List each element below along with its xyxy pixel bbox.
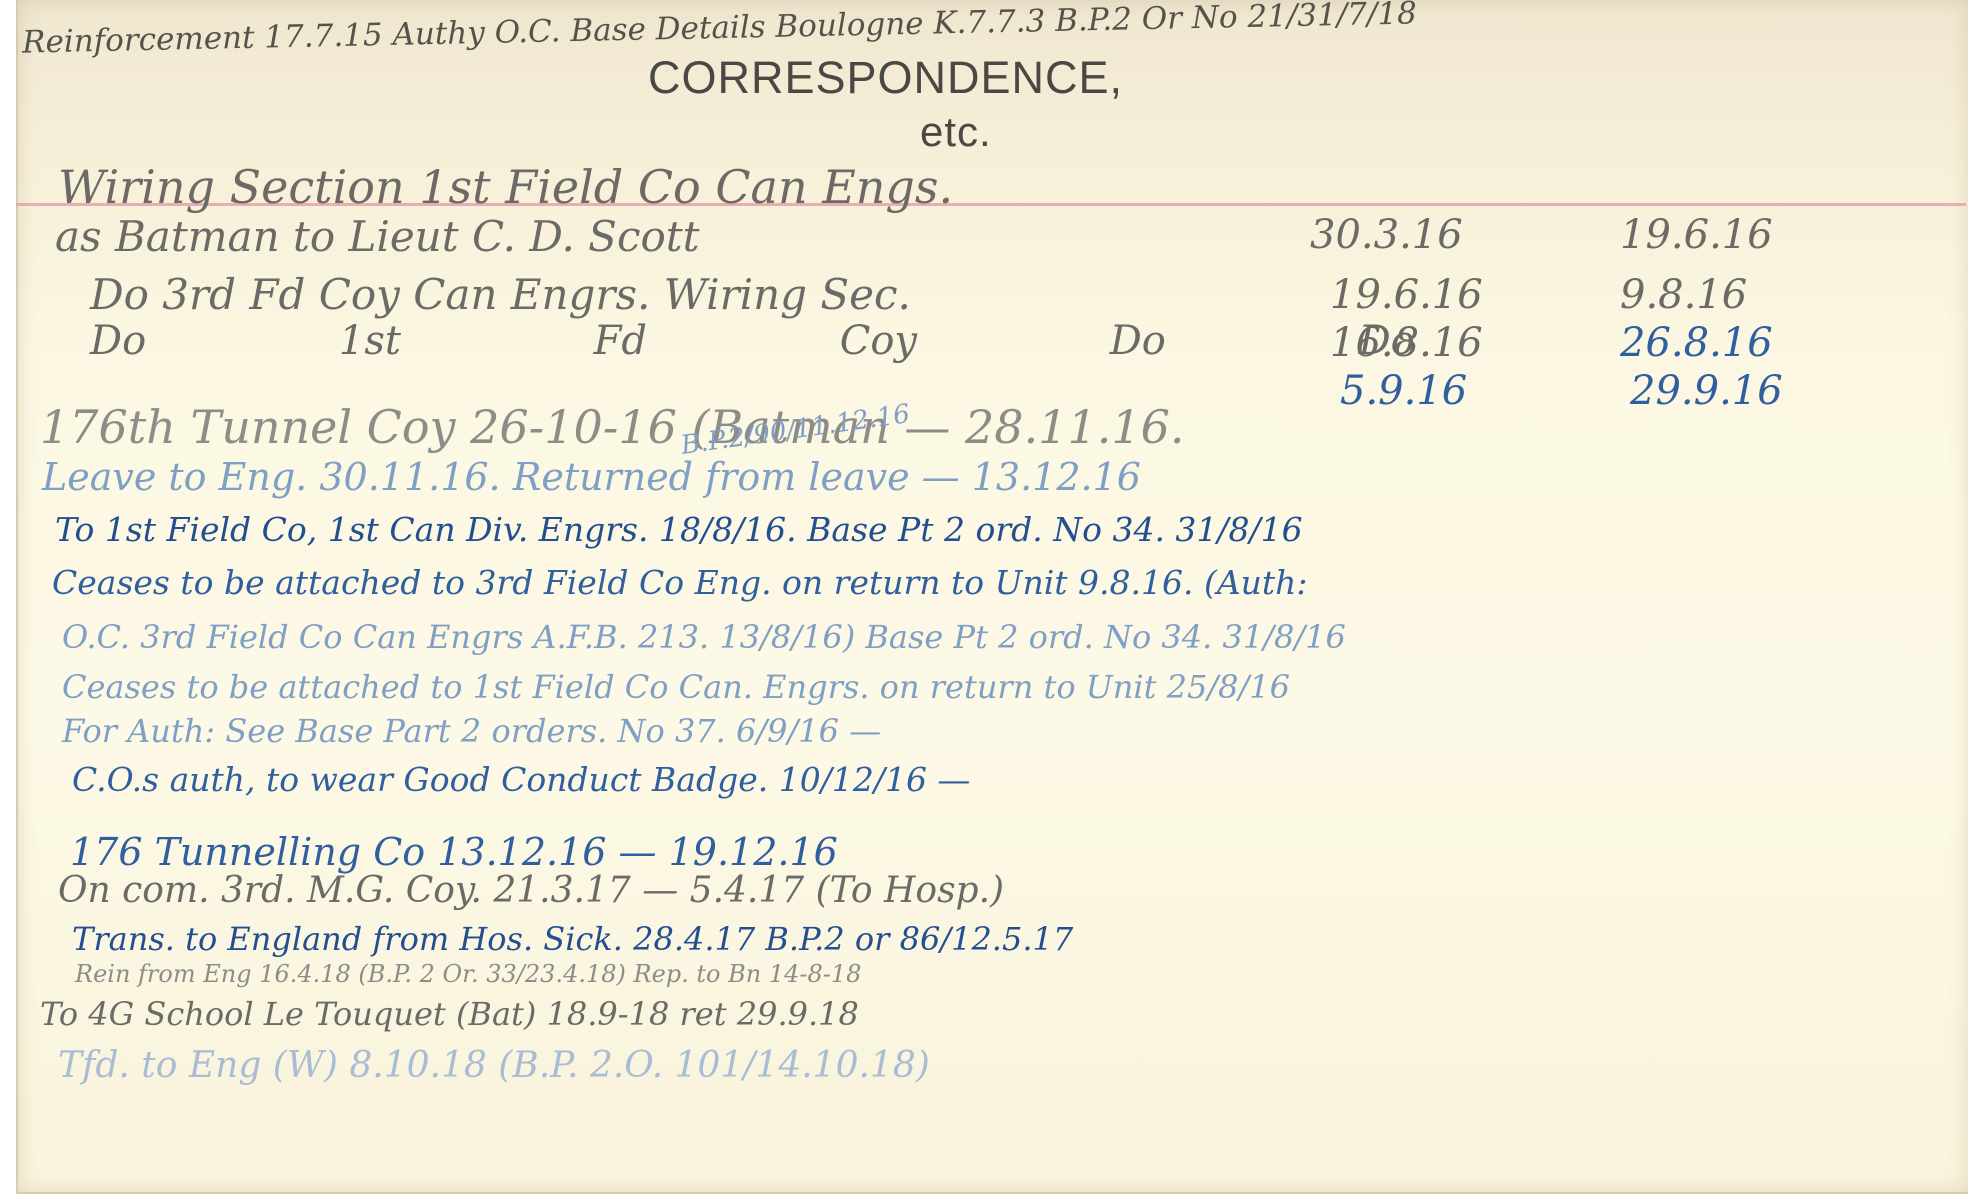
entry-3rd-fd-coy: Do 3rd Fd Coy Can Engrs. Wiring Sec.	[90, 270, 911, 319]
entry-ceases-1st: Ceases to be attached to 1st Field Co Ca…	[62, 668, 1290, 706]
entry-batman-from: 30.3.16	[1310, 212, 1463, 258]
unit-heading: Wiring Section 1st Field Co Can Engs.	[58, 160, 953, 214]
entry-ceases-3rd: Ceases to be attached to 3rd Field Co En…	[52, 563, 1308, 602]
entry-extra-to: 29.9.16	[1630, 368, 1783, 414]
printed-title: CORRESPONDENCE,	[648, 52, 1123, 104]
entry-batman: as Batman to Lieut C. D. Scott	[55, 212, 700, 261]
entry-1st-to: 26.8.16	[1620, 320, 1773, 366]
entry-batman-to: 19.6.16	[1620, 212, 1773, 258]
entry-1st-from: 16.8.16	[1330, 320, 1483, 366]
entry-3rd-from: 19.6.16	[1330, 272, 1483, 318]
entry-trans-england: Trans. to England from Hos. Sick. 28.4.1…	[72, 920, 1073, 958]
entry-tfd-to-eng: Tfd. to Eng (W) 8.10.18 (B.P. 2.O. 101/1…	[58, 1045, 930, 1086]
entry-on-command: On com. 3rd. M.G. Coy. 21.3.17 — 5.4.17 …	[58, 870, 1004, 911]
entry-extra-from: 5.9.16	[1340, 368, 1467, 414]
entry-to-1st-field: To 1st Field Co, 1st Can Div. Engrs. 18/…	[55, 510, 1303, 549]
entry-oc-3rd: O.C. 3rd Field Co Can Engrs A.F.B. 213. …	[62, 618, 1346, 656]
entry-school-le-touquet: To 4G School Le Touquet (Bat) 18.9-18 re…	[40, 995, 859, 1033]
entry-1st-fd-coy: Do 1st Fd Coy Do Do	[90, 318, 1415, 364]
entry-good-conduct-badge: C.O.s auth, to wear Good Conduct Badge. …	[72, 760, 970, 799]
entry-tunnelling-co: 176 Tunnelling Co 13.12.16 — 19.12.16	[70, 830, 838, 874]
entry-rein-from-eng: Rein from Eng 16.4.18 (B.P. 2 Or. 33/23.…	[75, 960, 861, 988]
entry-3rd-to: 9.8.16	[1620, 272, 1747, 318]
printed-subtitle: etc.	[920, 108, 992, 156]
entry-leave: Leave to Eng. 30.11.16. Returned from le…	[42, 455, 1141, 499]
entry-for-auth: For Auth: See Base Part 2 orders. No 37.…	[62, 712, 881, 750]
entry-tunnel-coy: 176th Tunnel Coy 26-10-16 (Batman — 28.1…	[40, 400, 1185, 454]
